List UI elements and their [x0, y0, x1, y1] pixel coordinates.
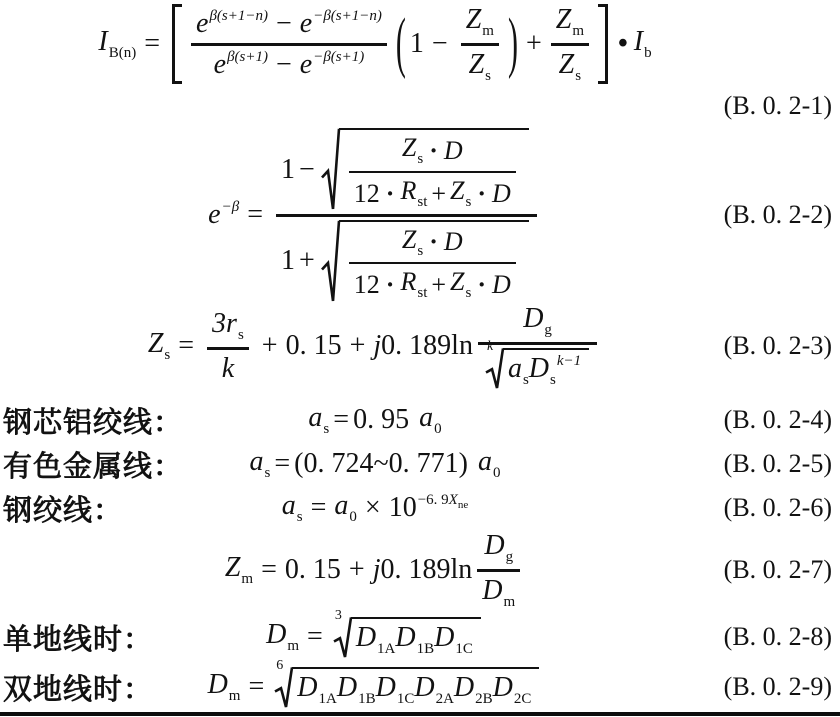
equation-label: (B. 0. 2-9): [724, 672, 832, 702]
zm-zs-fraction: Zm Zs: [551, 4, 589, 85]
plus-sign: +: [299, 245, 315, 276]
equation-label: (B. 0. 2-8): [724, 622, 832, 652]
big-fraction: 1 − Zs · D: [276, 128, 537, 302]
plus-sign: +: [350, 330, 366, 361]
denominator: 1 + Zs · D: [276, 220, 537, 303]
side-label-steel-strand: 钢绞线：: [3, 488, 123, 529]
formula-2: e−β = 1 − Zs · D: [208, 128, 542, 302]
3rs-k-fraction: 3rs k: [207, 308, 249, 384]
equation-row-3: Zs = 3rs k + 0. 15 + j0. 189ln Dg k: [0, 300, 840, 392]
equals-sign: =: [144, 28, 160, 59]
equation-label: (B. 0. 2-7): [724, 555, 832, 585]
radical-icon: [322, 220, 339, 303]
var-e-beta: e−β: [208, 199, 239, 230]
equation-label: (B. 0. 2-5): [724, 449, 832, 479]
number-one: 1: [410, 28, 424, 59]
cube-root: 3 D1A D1B D1C: [334, 617, 481, 658]
formula-9: Dm = 6 D1A D1B D1C D2A D2B D2C: [208, 667, 543, 708]
fraction-bar: [191, 43, 387, 46]
multiplication-dot: ·: [477, 179, 486, 208]
dg-root-fraction: Dg k as Dsk−1: [478, 303, 597, 389]
root-index: 3: [335, 608, 342, 624]
var-Ib: Ib: [634, 26, 652, 62]
left-bracket: [172, 4, 182, 85]
fraction-bar: [551, 43, 589, 46]
equation-label: (B. 0. 2-1): [724, 91, 832, 121]
equals-sign: =: [307, 621, 323, 652]
equals-sign: =: [333, 404, 349, 435]
fraction-bar: [478, 342, 597, 345]
equation-row-9: 双地线时： Dm = 6 D1A D1B D1C D2A D2B D2C (B.…: [0, 663, 840, 711]
root-index: 6: [276, 658, 283, 674]
bottom-rule: [0, 712, 840, 716]
equals-sign: =: [261, 554, 277, 585]
multiplication-dot: ·: [477, 270, 486, 299]
formula-3: Zs = 3rs k + 0. 15 + j0. 189ln Dg k: [148, 303, 602, 389]
times-sign: ×: [365, 492, 381, 523]
exponential-fraction: eβ(s+1−n) − e−β(s+1−n) eβ(s+1) − e−β(s+1…: [191, 8, 387, 80]
side-label-nonferrous-metal: 有色金属线：: [3, 444, 183, 485]
equation-label: (B. 0. 2-6): [724, 493, 832, 523]
fraction-bar: [349, 262, 516, 264]
formula-1: IB(n) = eβ(s+1−n) − e−β(s+1−n) eβ(s+1) −…: [98, 4, 651, 85]
equals-sign: =: [311, 492, 327, 523]
formula-4: as = 0. 95 a0: [308, 402, 441, 438]
formula-6: as = a0 × 10−6. 9Xne: [282, 490, 468, 526]
equals-sign: =: [248, 671, 264, 702]
side-label-double-ground-wire: 双地线时：: [3, 667, 153, 708]
equation-row-7: Zm = 0. 15 + j0. 189ln Dg Dm (B. 0. 2-7): [0, 535, 840, 605]
multiplication-dot: •: [618, 28, 628, 59]
side-label-steel-cored-aluminum: 钢芯铝绞线：: [3, 400, 183, 441]
equation-row-6: 钢绞线： as = a0 × 10−6. 9Xne (B. 0. 2-6): [0, 487, 840, 529]
equation-label: (B. 0. 2-2): [724, 200, 832, 230]
var-Dm: Dm: [208, 669, 241, 705]
constant: 0. 15: [286, 330, 342, 361]
root-index: k: [487, 339, 493, 355]
square-root: Zs · D 12 · Rst + Zs: [322, 220, 529, 303]
minus-sign: −: [276, 8, 292, 39]
fraction-bar: [477, 569, 520, 572]
radical-icon: [322, 128, 339, 211]
minus-sign: −: [276, 49, 292, 80]
plus-sign: +: [431, 270, 446, 299]
var-Zs: Zs: [148, 328, 170, 364]
equals-sign: =: [178, 330, 194, 361]
fraction-bar: [461, 43, 499, 46]
plus-sign: +: [262, 330, 278, 361]
left-paren: (: [396, 6, 406, 82]
formula-5: as = (0. 724~0. 771) a0: [250, 446, 501, 482]
equation-row-4: 钢芯铝绞线： as = 0. 95 a0 (B. 0. 2-4): [0, 398, 840, 442]
minus-sign: −: [299, 154, 315, 185]
coefficient: 0. 95: [353, 404, 409, 435]
equation-label: (B. 0. 2-4): [724, 405, 832, 435]
numerator: 1 − Zs · D: [276, 128, 537, 211]
numerator: eβ(s+1−n) − e−β(s+1−n): [191, 8, 387, 39]
zm-zs-fraction: Zm Zs: [461, 4, 499, 85]
formula-8: Dm = 3 D1A D1B D1C: [266, 617, 484, 658]
j-ln-term: j0. 189ln: [373, 330, 473, 361]
multiplication-dot: ·: [386, 179, 395, 208]
equals-sign: =: [274, 448, 290, 479]
sixth-root: 6 D1A D1B D1C D2A D2B D2C: [275, 667, 539, 708]
plus-sign: +: [349, 554, 365, 585]
formula-7: Zm = 0. 15 + j0. 189ln Dg Dm: [225, 530, 525, 611]
plus-sign: +: [526, 28, 542, 59]
var-Zm: Zm: [225, 552, 253, 588]
dg-dm-fraction: Dg Dm: [477, 530, 520, 611]
square-root: Zs · D 12 · Rst + Zs: [322, 128, 529, 211]
fraction-bar: [207, 347, 249, 350]
equals-sign: =: [247, 199, 263, 230]
equation-row-5: 有色金属线： as = (0. 724~0. 771) a0 (B. 0. 2-…: [0, 443, 840, 485]
equation-row-1: IB(n) = eβ(s+1−n) − e−β(s+1−n) eβ(s+1) −…: [0, 0, 840, 88]
label-row-1: (B. 0. 2-1): [0, 90, 840, 122]
equation-label: (B. 0. 2-3): [724, 331, 832, 361]
right-bracket: [598, 4, 608, 85]
plus-sign: +: [431, 179, 446, 208]
fraction-bar: [349, 171, 516, 173]
multiplication-dot: ·: [386, 270, 395, 299]
kth-root: k as Dsk−1: [486, 348, 589, 389]
scanned-equation-page: IB(n) = eβ(s+1−n) − e−β(s+1−n) eβ(s+1) −…: [0, 0, 840, 717]
equation-row-8: 单地线时： Dm = 3 D1A D1B D1C (B. 0. 2-8): [0, 612, 840, 662]
multiplication-dot: ·: [429, 227, 438, 256]
range-value: (0. 724~0. 771): [294, 448, 468, 479]
j-ln-term: j0. 189ln: [373, 554, 473, 585]
side-label-single-ground-wire: 单地线时：: [3, 617, 153, 658]
constant: 0. 15: [285, 554, 341, 585]
fraction-bar: [276, 214, 537, 217]
right-paren: ): [508, 6, 518, 82]
var-Dm: Dm: [266, 619, 299, 655]
multiplication-dot: ·: [429, 136, 438, 165]
minus-sign: −: [432, 28, 448, 59]
power-of-ten: 10−6. 9Xne: [389, 492, 469, 523]
equation-row-2: e−β = 1 − Zs · D: [0, 133, 840, 297]
denominator: eβ(s+1) − e−β(s+1): [209, 49, 370, 80]
var-IBn: IB(n): [98, 26, 136, 62]
